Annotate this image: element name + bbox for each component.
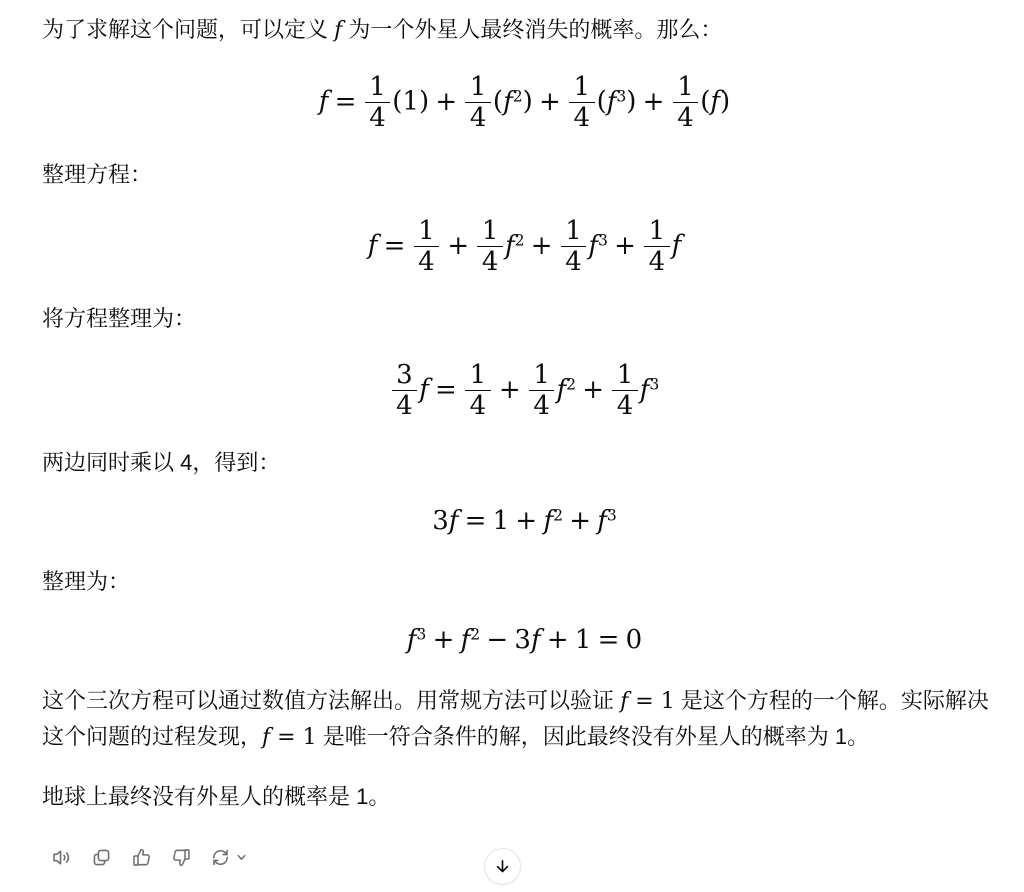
thumbs-up-button[interactable] [126, 842, 156, 872]
assistant-message: 为了求解这个问题，可以定义 f 为一个外星人最终消失的概率。那么：f=14(1)… [42, 12, 1007, 872]
chevron-down-icon [234, 850, 249, 865]
fraction: 14 [561, 217, 587, 276]
paragraph: 两边同时乘以 4，得到： [42, 445, 1007, 480]
regenerate-button[interactable] [206, 842, 252, 872]
fraction: 14 [569, 73, 595, 132]
read-aloud-button[interactable] [46, 842, 76, 872]
fraction: 14 [477, 217, 503, 276]
inline-math: f = 1 [262, 725, 317, 750]
fraction: 14 [612, 361, 638, 420]
regenerate-icon [209, 846, 232, 869]
inline-math: f [334, 18, 342, 43]
inline-math: f = 1 [620, 689, 675, 714]
equation: f=14(1)+14(f2)+14(f3)+14(f) [42, 73, 1007, 132]
thumbs-down-button[interactable] [166, 842, 196, 872]
paragraph: 这个三次方程可以通过数值方法解出。用常规方法可以验证 f = 1 是这个方程的一… [42, 683, 1007, 755]
message-content: 为了求解这个问题，可以定义 f 为一个外星人最终消失的概率。那么：f=14(1)… [42, 12, 1007, 814]
paragraph: 地球上最终没有外星人的概率是 1。 [42, 779, 1007, 814]
speaker-icon [50, 846, 73, 869]
fraction: 14 [465, 361, 491, 420]
equation: f3+f2−3f+1=0 [42, 624, 1007, 658]
equation: f=14+14f2+14f3+14f [42, 217, 1007, 276]
paragraph: 为了求解这个问题，可以定义 f 为一个外星人最终消失的概率。那么： [42, 12, 1007, 48]
scroll-to-bottom-button[interactable] [484, 848, 521, 885]
message-toolbar [46, 842, 1007, 872]
thumbs-down-icon [170, 846, 193, 869]
fraction: 14 [529, 361, 555, 420]
fraction: 14 [644, 217, 670, 276]
copy-icon [90, 846, 113, 869]
fraction: 14 [673, 73, 699, 132]
paragraph: 整理为： [42, 564, 1007, 599]
thumbs-up-icon [130, 846, 153, 869]
arrow-down-icon [492, 856, 513, 877]
fraction: 14 [365, 73, 391, 132]
copy-button[interactable] [86, 842, 116, 872]
paragraph: 整理方程： [42, 157, 1007, 192]
equation: 34f=14+14f2+14f3 [42, 361, 1007, 420]
paragraph: 将方程整理为： [42, 301, 1007, 336]
fraction: 14 [414, 217, 440, 276]
fraction: 14 [465, 73, 491, 132]
equation: 3f=1+f2+f3 [42, 505, 1007, 539]
fraction: 34 [392, 361, 418, 420]
